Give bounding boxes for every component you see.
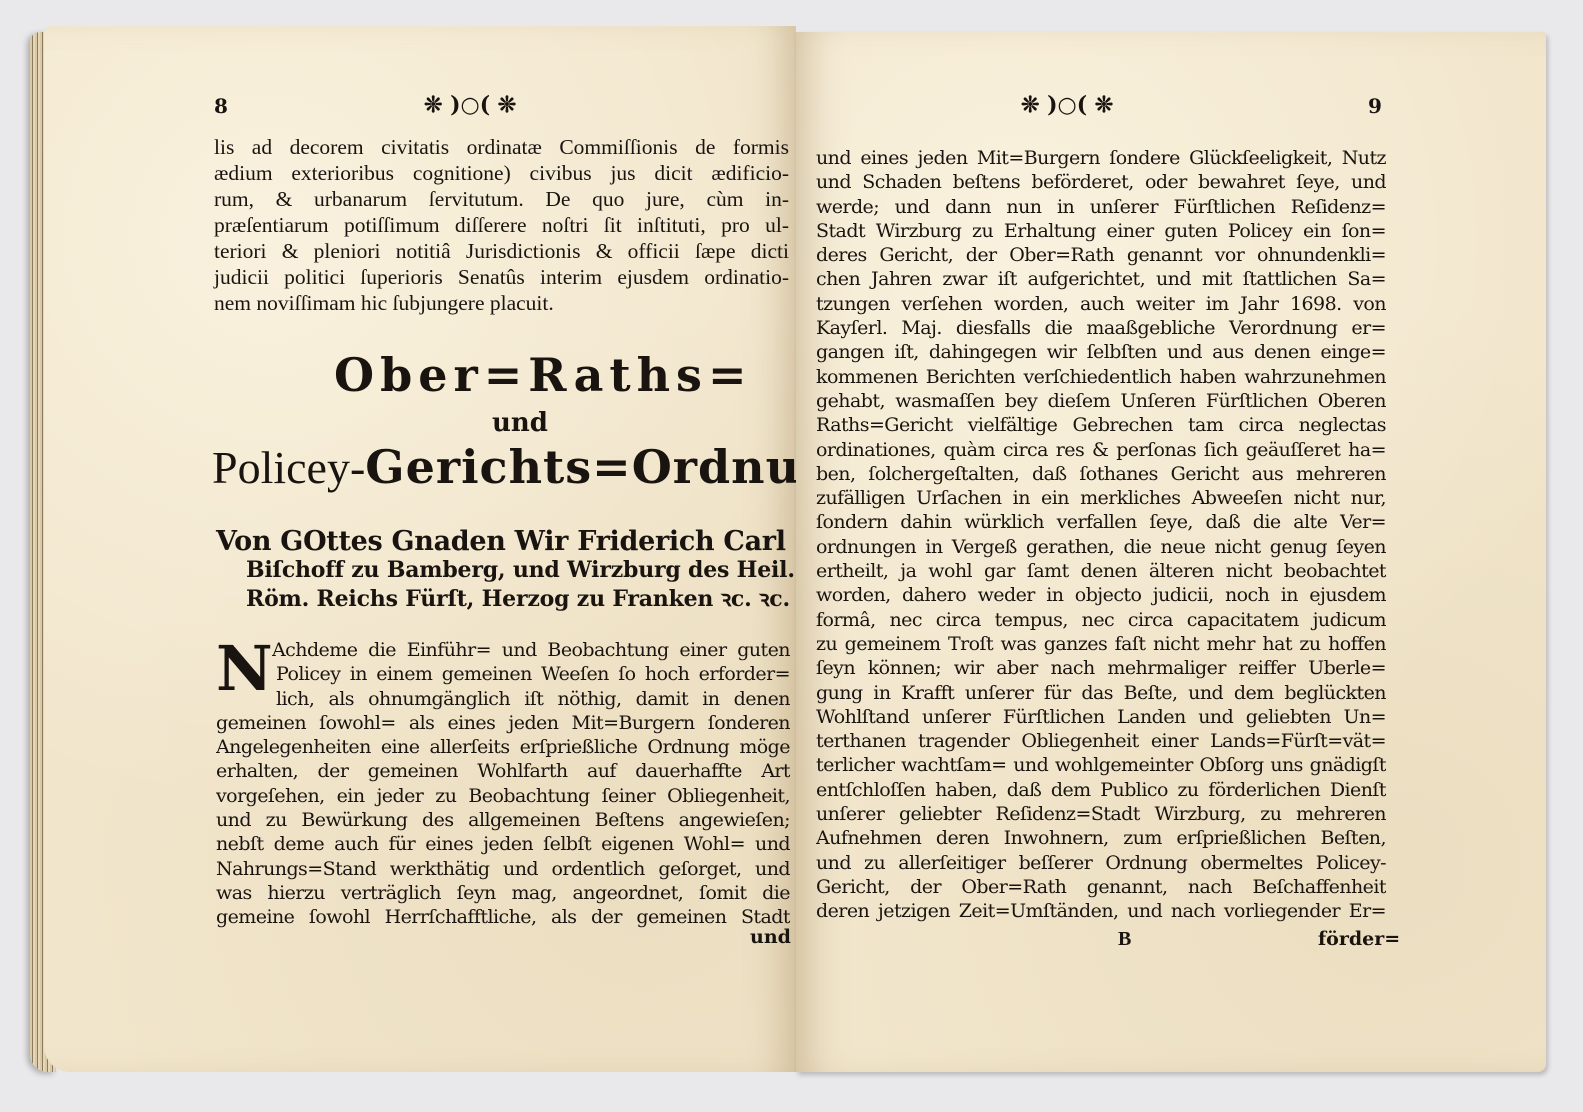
text-line: Wohlſtand unſerer Fürſtlichen Landen und… <box>816 705 1386 729</box>
text-line: Achdeme die Einführ= und Beobachtung ein… <box>272 638 790 662</box>
decree-line: Von GOttes Gnaden Wir Friderich Carl <box>216 526 791 557</box>
body-paragraph-intro: Achdeme die Einführ= und Beobachtung ein… <box>272 638 790 687</box>
text-line: ben, ſolchergeſtalten, daß ſothanes Geri… <box>816 462 1386 486</box>
running-head-ornament: ❊ )○( ❊ <box>1021 92 1113 118</box>
text-line: ordnungen in Vergeß gerathen, die neue n… <box>816 535 1386 559</box>
text-line: und zu Bewürkung des allgemeinen Beſtens… <box>216 808 790 832</box>
text-line: ordinationes, quàm circa res & perſonas … <box>816 438 1386 462</box>
page-number: 9 <box>1368 94 1382 118</box>
text-line: Gericht, der Ober=Rath genannt, nach Beſ… <box>816 875 1386 899</box>
text-line: gemeine ſowohl Herrſchafftliche, als der… <box>216 905 790 929</box>
text-line: rum, & urbanarum ſervitutum. De quo jure… <box>214 186 789 212</box>
latin-paragraph: lis ad decorem civitatis ordinatæ Commiſ… <box>214 134 789 316</box>
body-paragraph: lich, als ohnumgänglich iſt nöthig, dami… <box>216 687 790 930</box>
title-line-3: Policey-Gerichts=Ordnung. <box>212 440 885 494</box>
body-paragraph: und eines jeden Mit=Burgern ſondere Glüc… <box>816 146 1386 924</box>
right-page: ❊ )○( ❊ 9 und eines jeden Mit=Burgern ſo… <box>796 32 1546 1072</box>
decree-heading: Von GOttes Gnaden Wir Friderich Carl Biſ… <box>216 526 791 613</box>
text-line: ſeyn können; wir aber nach mehrmaliger r… <box>816 656 1386 680</box>
text-line: lich, als ohnumgänglich iſt nöthig, dami… <box>216 687 790 711</box>
text-line: judicii politici ſuperioris Senatûs inte… <box>214 264 789 290</box>
text-line: werde; und dann nun in unſerer Fürſtlich… <box>816 195 1386 219</box>
title-line-2: und <box>492 408 548 438</box>
text-line: gung in Krafft unſerer für das Beſte, un… <box>816 681 1386 705</box>
text-line: lis ad decorem civitatis ordinatæ Commiſ… <box>214 134 789 160</box>
left-page: 8 ❊ )○( ❊ lis ad decorem civitatis ordin… <box>44 26 796 1072</box>
text-line: und Schaden beſtens beförderet, oder bew… <box>816 170 1386 194</box>
text-line: terlicher wachtſam= und wohlgemeinter Ob… <box>816 753 1386 777</box>
decree-line: Biſchoff zu Bamberg, und Wirzburg des He… <box>216 557 791 583</box>
text-line: nem noviſſimam hic ſubjungere placuit. <box>214 290 789 316</box>
catchword: und <box>750 926 791 948</box>
running-head-ornament: ❊ )○( ❊ <box>424 92 516 118</box>
text-line: Kayſerl. Maj. diesfalls die maaßgebliche… <box>816 316 1386 340</box>
title-line-1: Ober=Raths= <box>334 348 753 402</box>
text-line: zu gemeinem Troſt was ganzes faſt nicht … <box>816 632 1386 656</box>
text-line: gehabt, wasmaſſen bey dieſem Unſeren Für… <box>816 389 1386 413</box>
text-line: zufälligen Urſachen in ein merkliches Ab… <box>816 486 1386 510</box>
decree-line: Röm. Reichs Fürſt, Herzog zu Franken ꝛc.… <box>216 583 791 613</box>
text-line: ertheilt, ja wohl gar ſamt denen älteren… <box>816 559 1386 583</box>
text-line: chen Jahren zwar iſt aufgerichtet, und m… <box>816 267 1386 291</box>
text-line: formâ, nec circa tempus, nec circa capac… <box>816 608 1386 632</box>
text-line: gemeinen ſowohl= als eines jeden Mit=Bur… <box>216 711 790 735</box>
text-line: unſerer geliebter Reſidenz=Stadt Wirzbur… <box>816 802 1386 826</box>
text-line: Aufnehmen deren Inwohnern, zum erſprießl… <box>816 826 1386 850</box>
page-number: 8 <box>214 94 228 118</box>
text-line: Policey in einem gemeinen Weeſen ſo hoch… <box>272 662 790 686</box>
text-line: Raths=Gericht vielfältige Gebrechen tam … <box>816 413 1386 437</box>
text-line: ædium exterioribus cognitione) civibus j… <box>214 160 789 186</box>
text-line: Angelegenheiten eine allerſeits erſprieß… <box>216 735 790 759</box>
text-line: Stadt Wirzburg zu Erhaltung einer guten … <box>816 219 1386 243</box>
text-line: ſondern dahin würklich verfallen ſeye, d… <box>816 510 1386 534</box>
signature-mark: B <box>1118 928 1131 951</box>
text-line: gangen iſt, dahingegen wir ſelbſten und … <box>816 340 1386 364</box>
title-roman-part: Policey- <box>212 442 365 493</box>
text-line: tzungen verſehen worden, auch weiter im … <box>816 292 1386 316</box>
text-line: entſchloſſen haben, daß dem Publico zu f… <box>816 778 1386 802</box>
text-line: deren jetzigen Zeit=Umſtänden, und nach … <box>816 899 1386 923</box>
text-line: worden, dahero weder in objecto judicii,… <box>816 583 1386 607</box>
text-line: was hierzu verträglich ſeyn mag, angeord… <box>216 881 790 905</box>
text-line: teriori & pleniori notitiâ Jurisdictioni… <box>214 238 789 264</box>
text-line: præſentiarum potiſſimum diſſerere noſtri… <box>214 212 789 238</box>
text-line: nebſt deme auch für eines jeden ſelbſt e… <box>216 832 790 856</box>
catchword: förder= <box>1318 928 1400 950</box>
text-line: und eines jeden Mit=Burgern ſondere Glüc… <box>816 146 1386 170</box>
text-line: und zu allerſeitiger beſſerer Ordnung ob… <box>816 851 1386 875</box>
text-line: Nahrungs=Stand werkthätig und ordentlich… <box>216 857 790 881</box>
open-book: 8 ❊ )○( ❊ lis ad decorem civitatis ordin… <box>30 26 1550 1076</box>
text-line: deres Gericht, der Ober=Rath genannt vor… <box>816 243 1386 267</box>
text-line: erhalten, der gemeinen Wohlfarth auf dau… <box>216 759 790 783</box>
text-line: vorgeſehen, ein jeder zu Beobachtung ſei… <box>216 784 790 808</box>
text-line: kommenen Berichten verſchiedentlich habe… <box>816 365 1386 389</box>
text-line: terthanen tragender Obliegenheit einer L… <box>816 729 1386 753</box>
